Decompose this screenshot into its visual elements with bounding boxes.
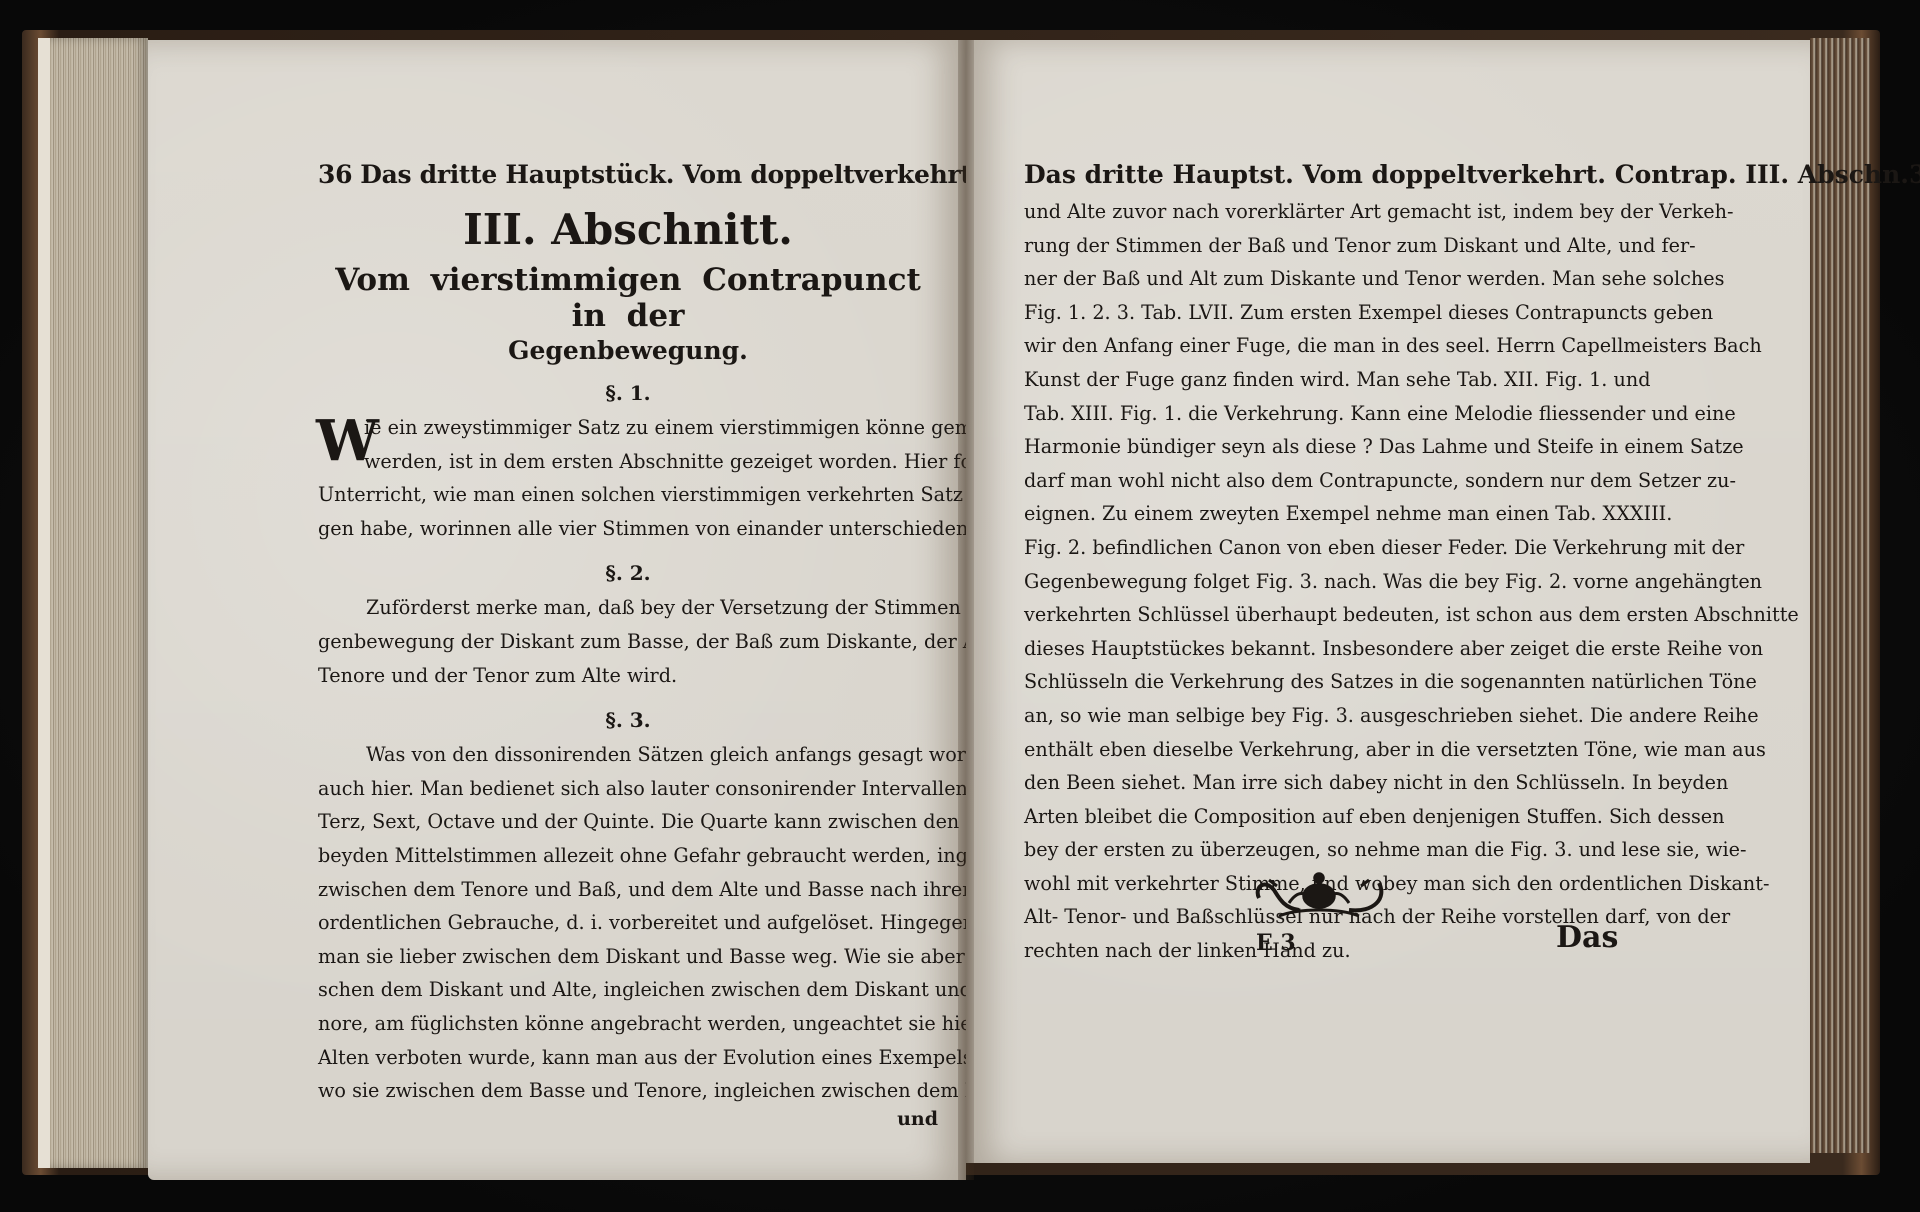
text-line: man sie lieber zwischen dem Diskant und …	[318, 940, 938, 974]
text-line: Kunst der Fuge ganz finden wird. Man seh…	[1024, 363, 1642, 397]
paragraph-2: Zuförderst merke man, daß bey der Verset…	[318, 591, 938, 692]
text-line: gen habe, worinnen alle vier Stimmen von…	[318, 512, 938, 546]
paragraph-3: Was von den dissonirenden Sätzen gleich …	[318, 738, 938, 1108]
right-running-head: Das dritte Hauptst. Vom doppeltverkehrt.…	[1024, 160, 1642, 189]
book-gutter	[958, 40, 974, 1180]
section-subtitle: Vom vierstimmigen Contrapunct in der	[318, 262, 938, 334]
catchword-left: und	[318, 1108, 938, 1130]
text-line: Fig. 1. 2. 3. Tab. LVII. Zum ersten Exem…	[1024, 296, 1642, 330]
drop-cap: W	[316, 413, 379, 469]
text-line: darf man wohl nicht also dem Contrapunct…	[1024, 464, 1642, 498]
text-line: Gegenbewegung folget Fig. 3. nach. Was d…	[1024, 565, 1642, 599]
right-text-block: Das dritte Hauptst. Vom doppeltverkehrt.…	[1024, 160, 1642, 968]
page-number: 37	[1909, 160, 1920, 189]
text-line: und Alte zuvor nach vorerklärter Art gem…	[1024, 195, 1642, 229]
text-line: beyden Mittelstimmen allezeit ohne Gefah…	[318, 839, 938, 873]
right-page-stack	[1810, 38, 1870, 1153]
text-line: Terz, Sext, Octave und der Quinte. Die Q…	[318, 805, 938, 839]
text-line: eignen. Zu einem zweyten Exempel nehme m…	[1024, 497, 1642, 531]
text-line: bey der ersten zu überzeugen, so nehme m…	[1024, 833, 1642, 867]
section-subtitle-cont: Gegenbewegung.	[318, 336, 938, 365]
text-line: wo sie zwischen dem Basse und Tenore, in…	[318, 1074, 938, 1108]
right-body: und Alte zuvor nach vorerklärter Art gem…	[1024, 195, 1642, 968]
text-line: rechten nach der linken Hand zu.	[1024, 934, 1642, 968]
text-line: nore, am füglichsten könne angebracht we…	[318, 1007, 938, 1041]
paragraph-mark-1: §. 1.	[318, 381, 938, 405]
text-line: wir den Anfang einer Fuge, die man in de…	[1024, 329, 1642, 363]
text-line: Tenore und der Tenor zum Alte wird.	[318, 659, 938, 693]
text-line: ie ein zweystimmiger Satz zu einem viers…	[318, 411, 938, 445]
left-page: 36 Das dritte Hauptstück. Vom doppeltver…	[148, 40, 966, 1180]
catchword-right: Das	[1556, 920, 1618, 955]
text-line: genbewegung der Diskant zum Basse, der B…	[318, 625, 938, 659]
text-line: Alten verboten wurde, kann man aus der E…	[318, 1041, 938, 1075]
text-line: Schlüsseln die Verkehrung des Satzes in …	[1024, 665, 1642, 699]
text-line: enthält eben dieselbe Verkehrung, aber i…	[1024, 733, 1642, 767]
right-page: Das dritte Hauptst. Vom doppeltverkehrt.…	[966, 40, 1810, 1163]
text-line: schen dem Diskant und Alte, ingleichen z…	[318, 973, 938, 1007]
text-line: rung der Stimmen der Baß und Tenor zum D…	[1024, 229, 1642, 263]
signature-mark: E 3	[1256, 930, 1296, 956]
text-line: verkehrten Schlüssel überhaupt bedeuten,…	[1024, 598, 1642, 632]
text-line: ordentlichen Gebrauche, d. i. vorbereite…	[318, 906, 938, 940]
text-line: an, so wie man selbige bey Fig. 3. ausge…	[1024, 699, 1642, 733]
page-number: 36	[318, 160, 352, 189]
paragraph-1: W ie ein zweystimmiger Satz zu einem vie…	[318, 411, 938, 545]
text-line: zwischen dem Tenore und Baß, und dem Alt…	[318, 873, 938, 907]
paragraph-mark-2: §. 2.	[318, 561, 938, 585]
text-line: Zuförderst merke man, daß bey der Verset…	[318, 591, 938, 625]
text-line: ner der Baß und Alt zum Diskante und Ten…	[1024, 262, 1642, 296]
running-head-text: Das dritte Hauptst. Vom doppeltverkehrt.…	[1024, 160, 1909, 189]
text-line: auch hier. Man bedienet sich also lauter…	[318, 772, 938, 806]
text-line: Harmonie bündiger seyn als diese ? Das L…	[1024, 430, 1642, 464]
text-line: Arten bleibet die Composition auf eben d…	[1024, 800, 1642, 834]
text-line: den Been siehet. Man irre sich dabey nic…	[1024, 766, 1642, 800]
fleuron-ornament-icon	[1249, 868, 1389, 923]
text-line: Unterricht, wie man einen solchen vierst…	[318, 478, 938, 512]
left-page-stack	[44, 38, 148, 1168]
section-title: III. Abschnitt.	[318, 205, 938, 254]
left-text-block: 36 Das dritte Hauptstück. Vom doppeltver…	[318, 160, 938, 1130]
text-line: Was von den dissonirenden Sätzen gleich …	[318, 738, 938, 772]
text-line: dieses Hauptstückes bekannt. Insbesonder…	[1024, 632, 1642, 666]
left-running-head: 36 Das dritte Hauptstück. Vom doppeltver…	[318, 160, 938, 189]
text-line: werden, ist in dem ersten Abschnitte gez…	[318, 445, 938, 479]
text-line: Tab. XIII. Fig. 1. die Verkehrung. Kann …	[1024, 397, 1642, 431]
text-line: Fig. 2. befindlichen Canon von eben dies…	[1024, 531, 1642, 565]
paragraph-mark-3: §. 3.	[318, 708, 938, 732]
